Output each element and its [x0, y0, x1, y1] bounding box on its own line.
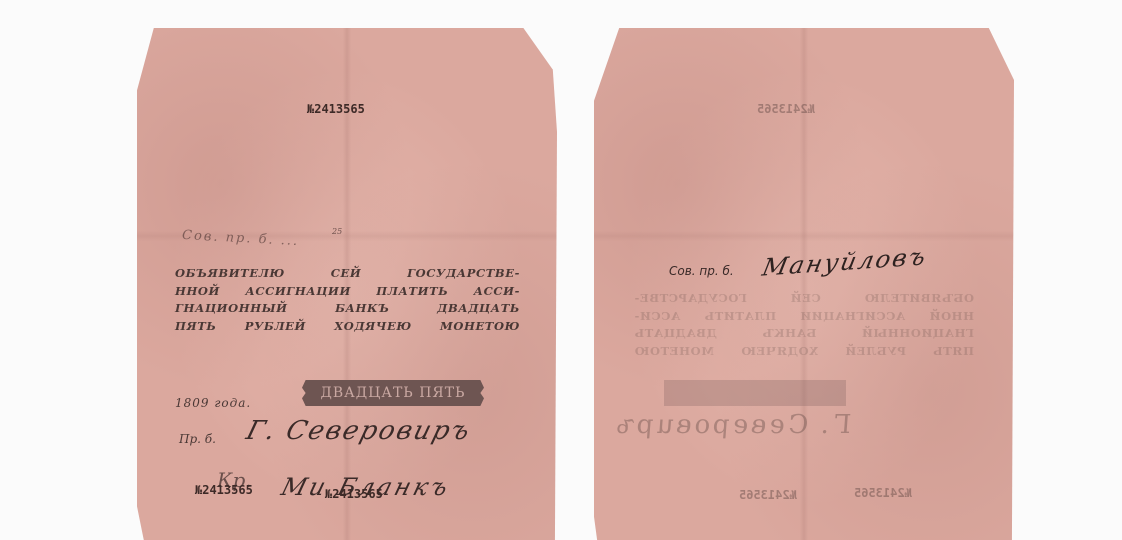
serial-number-bottom-center: №2413565	[325, 487, 383, 501]
serial-number-bottom-left-mirrored: №2413565	[739, 488, 797, 502]
signature: Мануйловъ	[760, 242, 930, 281]
year-line: 1809 года.	[175, 396, 251, 410]
body-line: Объявителю сей государстве-	[175, 265, 520, 283]
signature-main: Г. Северовиръ	[243, 416, 475, 446]
bleed-through-signature: Г. Северовиръ	[610, 410, 855, 440]
bleed-through-stamp	[664, 380, 846, 406]
ghost-line: гнационный банкъ двадцать	[634, 325, 974, 343]
small-number: 25	[332, 227, 342, 236]
note-body-text: Объявителю сей государстве- нной ассигна…	[175, 265, 520, 335]
bleed-through-text: Объявителю сей государстве- нной ассигна…	[634, 290, 974, 360]
body-line: пять рублей ходячею монетою	[175, 318, 520, 336]
serial-number-top-mirrored: №2413565	[757, 102, 815, 116]
signature-label: Пр. б.	[179, 432, 216, 446]
body-line: гнационный банкъ двадцать	[175, 300, 520, 318]
ghost-line: Объявителю сей государстве-	[634, 290, 974, 308]
serial-number-bottom-right-mirrored: №2413565	[854, 486, 912, 500]
serial-number-top: №2413565	[307, 102, 365, 116]
banknote-back: №2413565 Сов. пр. б. Мануйловъ Объявител…	[594, 28, 1014, 540]
banknote-front: №2413565 Сов. пр. б. ... 25 Объявителю с…	[137, 28, 557, 540]
amount-stamp: ДВАДЦАТЬ ПЯТЬ	[302, 380, 484, 406]
ghost-line: нной ассигнации платить асси-	[634, 308, 974, 326]
serial-number-bottom-left: №2413565	[195, 483, 253, 497]
faded-signature-top: Сов. пр. б. ...	[182, 228, 300, 249]
ghost-line: пять рублей ходячею монетою	[634, 343, 974, 361]
signature-label: Сов. пр. б.	[669, 264, 734, 278]
body-line: нной ассигнации платить асси-	[175, 283, 520, 301]
